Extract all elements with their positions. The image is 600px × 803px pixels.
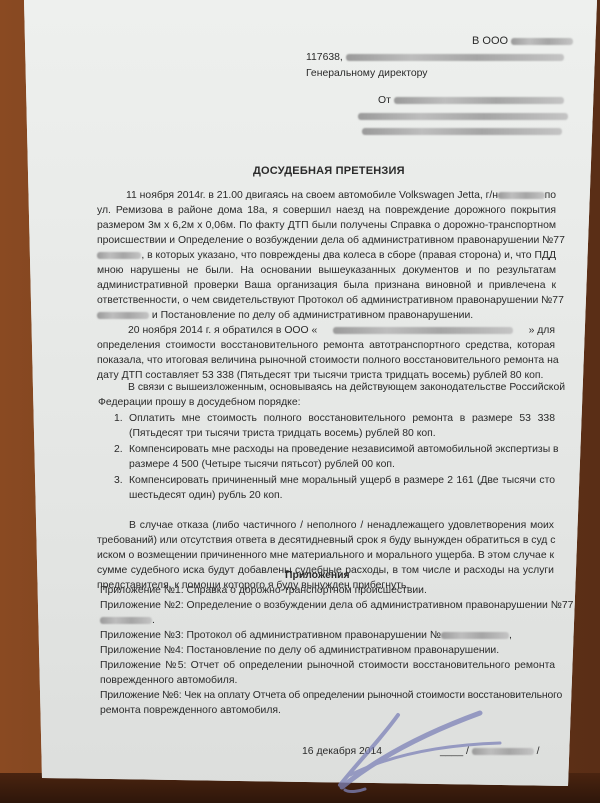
attachment-item: Приложение №6: Чек на оплату Отчета об о… [100,688,562,703]
redacted-address [346,54,564,61]
p2-line-1: 20 ноября 2014 г. я обратился в ООО « » … [128,323,555,338]
redacted-protocol-number [97,312,149,319]
redacted-case-number [100,617,152,624]
redacted-case-number [97,252,141,259]
sender-line-2 [358,109,568,124]
redacted-appraiser-name [333,327,513,334]
redacted-plate-number [498,192,545,199]
redacted-sender-info [358,113,568,120]
sender-line-3 [362,124,562,139]
redacted-sender-address [362,128,562,135]
attachment-item: Приложение №2: Определение о возбуждении… [100,598,573,613]
attachment-item-cont: . [100,613,155,628]
attachment-item: Приложение №1: Справка о дорожно-транспо… [100,583,427,598]
document-title: ДОСУДЕБНАЯ ПРЕТЕНЗИЯ [253,164,405,179]
attachment-item: Приложение №5: Отчет об определении рыно… [100,658,555,673]
handwritten-signature-icon [320,705,520,795]
postal-code: 117638, [306,52,343,63]
attachments-heading: Приложения [285,568,350,583]
p1-line-1: 11 ноября 2014г. в 21.00 двигаясь на сво… [126,188,556,203]
attachment-item-cont: ремонта поврежденного автомобиля. [100,703,281,718]
p1-line-5: , в которых указано, что повреждены два … [97,248,556,263]
claim-document: В ООО 117638, Генеральному директору От … [0,0,600,803]
to-company-label: В ООО [472,35,508,47]
signature-line-end: / [537,746,540,757]
redacted-protocol-number [441,632,509,639]
attachment-item: Приложение №3: Протокол об административ… [100,628,512,643]
attachment-item-cont: поврежденного автомобиля. [100,673,237,688]
from-line: От [378,93,564,108]
attachment-item: Приложение №4: Постановление по делу об … [100,643,499,658]
address-line: 117638, [306,50,564,65]
redacted-company-name [511,38,573,45]
from-label: От [378,95,391,106]
p1-line-9: и Постановление по делу об административ… [97,308,473,323]
to-company-line: В ООО [472,34,573,49]
redacted-sender-name [394,97,564,104]
recipient-position: Генеральному директору [306,66,428,81]
